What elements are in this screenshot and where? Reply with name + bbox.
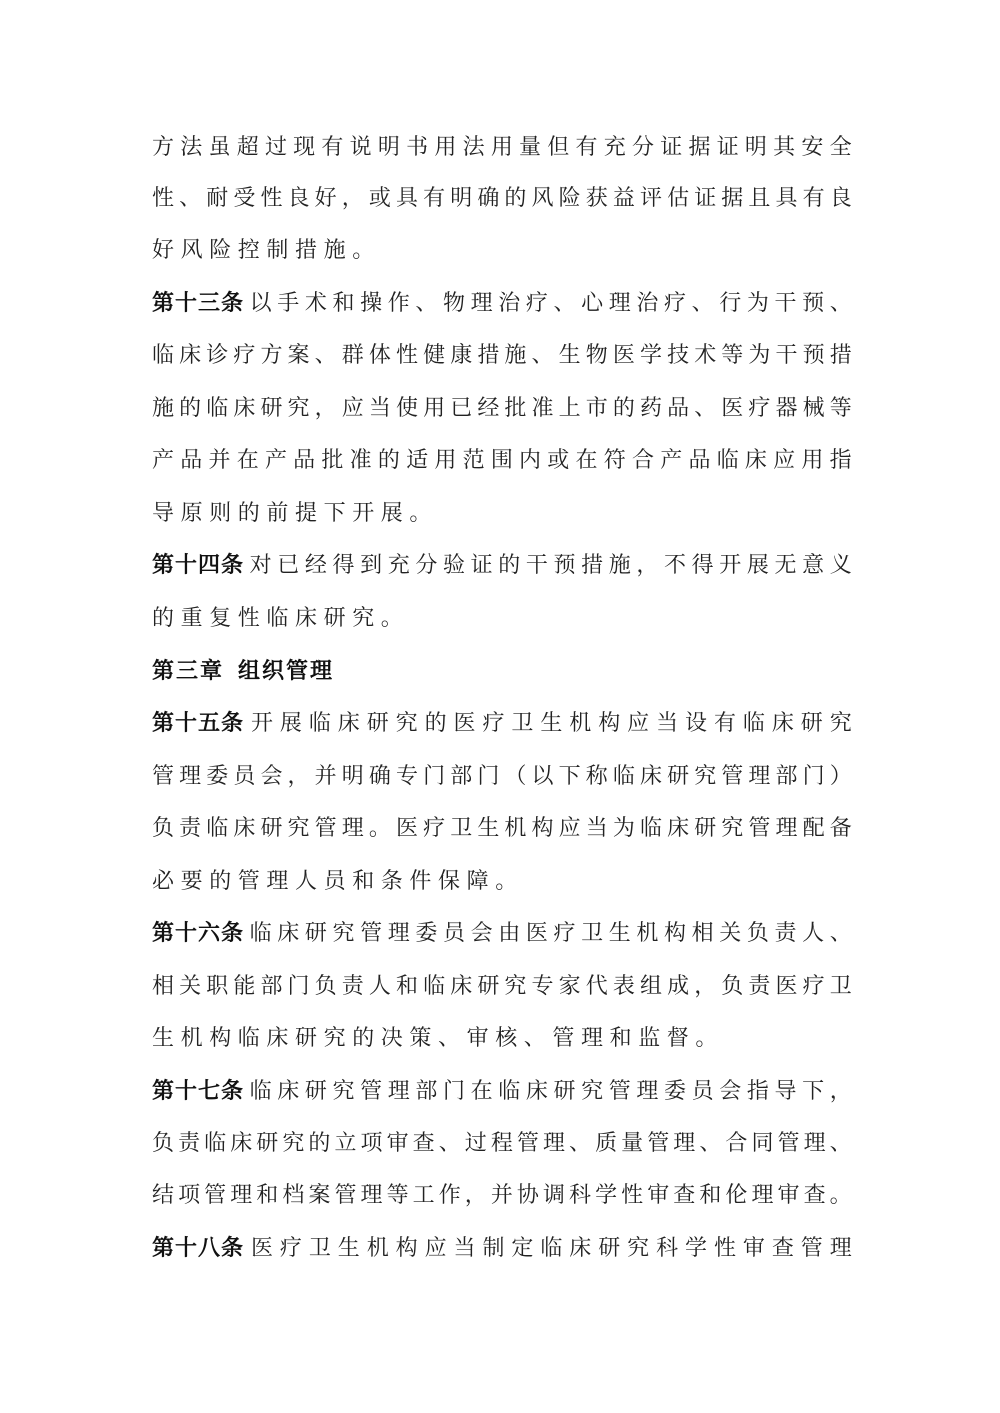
chapter-heading: 第三章组织管理 [152, 657, 852, 687]
paragraph-line: 负责临床研究管理。医疗卫生机构应当为临床研究管理配备 [152, 814, 852, 844]
line-text: 的重复性临床研究。 [152, 604, 409, 634]
article-first-line: 第十六条临床研究管理委员会由医疗卫生机构相关负责人、 [152, 919, 852, 949]
article-label: 第十四条 [152, 551, 244, 581]
paragraph-line: 必要的管理人员和条件保障。 [152, 867, 852, 897]
paragraph-line: 相关职能部门负责人和临床研究专家代表组成，负责医疗卫 [152, 972, 852, 1002]
article-first-line: 第十八条医疗卫生机构应当制定临床研究科学性审查管理 [152, 1234, 852, 1264]
article-first-line: 第十七条临床研究管理部门在临床研究管理委员会指导下， [152, 1077, 852, 1107]
chapter-title: 组织管理 [238, 657, 334, 687]
article-first-line: 第十三条以手术和操作、物理治疗、心理治疗、行为干预、 [152, 289, 852, 319]
paragraph-line: 施的临床研究，应当使用已经批准上市的药品、医疗器械等 [152, 394, 852, 424]
paragraph-line: 产品并在产品批准的适用范围内或在符合产品临床应用指 [152, 446, 852, 476]
article-label: 第十五条 [152, 709, 244, 739]
line-text: 好风险控制措施。 [152, 236, 381, 266]
paragraph-line: 性、耐受性良好，或具有明确的风险获益评估证据且具有良 [152, 184, 852, 214]
article-label: 第十三条 [152, 289, 244, 319]
article-label: 第十八条 [152, 1234, 244, 1264]
document-page: 方法虽超过现有说明书用法用量但有充分证据证明其安全性、耐受性良好，或具有明确的风… [0, 0, 1000, 1413]
paragraph-line: 负责临床研究的立项审查、过程管理、质量管理、合同管理、 [152, 1129, 852, 1159]
line-text: 必要的管理人员和条件保障。 [152, 867, 524, 897]
paragraph-line: 临床诊疗方案、群体性健康措施、生物医学技术等为干预措 [152, 341, 852, 371]
line-text: 导原则的前提下开展。 [152, 499, 438, 529]
paragraph-line: 导原则的前提下开展。 [152, 499, 852, 529]
chapter-number: 第三章 [152, 657, 224, 687]
paragraph-line: 管理委员会，并明确专门部门（以下称临床研究管理部门） [152, 762, 852, 792]
article-first-line: 第十五条开展临床研究的医疗卫生机构应当设有临床研究 [152, 709, 852, 739]
article-label: 第十六条 [152, 919, 244, 949]
article-label: 第十七条 [152, 1077, 244, 1107]
paragraph-line: 生机构临床研究的决策、审核、管理和监督。 [152, 1024, 852, 1054]
heading-gap [224, 657, 238, 687]
paragraph-line: 的重复性临床研究。 [152, 604, 852, 634]
paragraph-line: 结项管理和档案管理等工作，并协调科学性审查和伦理审查。 [152, 1181, 852, 1211]
paragraph-line: 好风险控制措施。 [152, 236, 852, 266]
line-text: 生机构临床研究的决策、审核、管理和监督。 [152, 1024, 724, 1054]
article-first-line: 第十四条对已经得到充分验证的干预措施，不得开展无意义 [152, 551, 852, 581]
paragraph-line: 方法虽超过现有说明书用法用量但有充分证据证明其安全 [152, 133, 852, 163]
